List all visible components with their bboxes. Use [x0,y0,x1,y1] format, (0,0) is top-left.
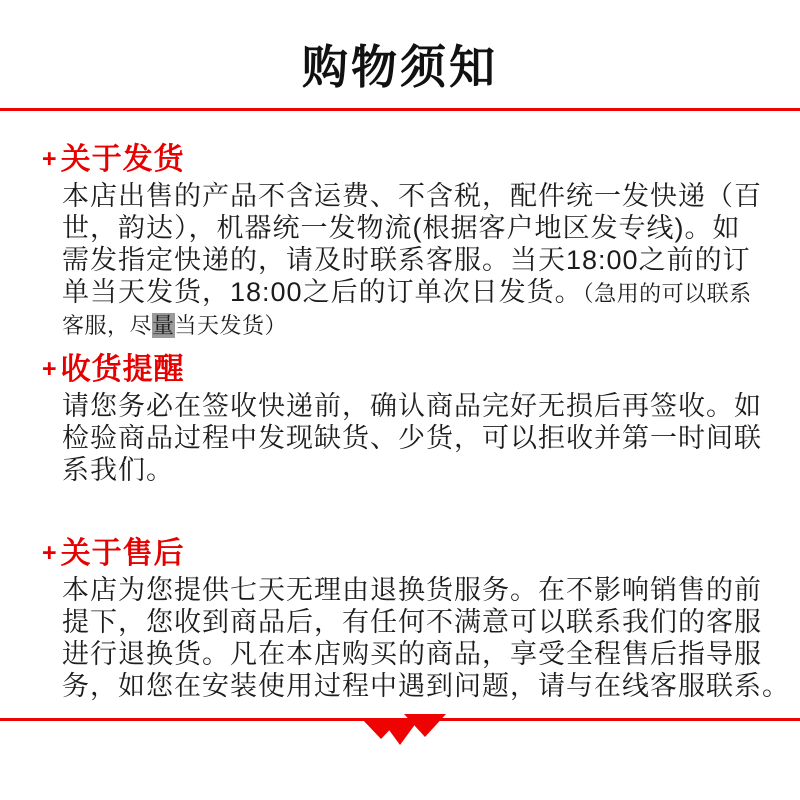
section-heading-receiving: +收货提醒 [42,353,185,386]
text-line: 务，如您在安装使用过程中遇到问题，请与在线客服联系。 [62,670,762,702]
text-line: 进行退换货。凡在本店购买的商品，享受全程售后指导服 [62,638,762,670]
text-segment: 单当天发货，18:00之后的订单次日发货。 [62,277,583,307]
section-heading-receiving-label: 收货提醒 [61,353,185,386]
text-note-segment: （急用的可以联系 [583,281,752,306]
text-segment: 当天发货） [175,313,288,338]
text-line: 本店出售的产品不含运费、不含税，配件统一发快递（百 [62,180,762,212]
text-line-note: 客服，尽量当天发货） [62,310,762,342]
section-body-receiving: 请您务必在签收快递前，确认商品完好无损后再签收。如 检验商品过程中发现缺货、少货… [62,390,762,486]
text-line: 系我们。 [62,454,762,486]
plus-icon: + [42,355,58,383]
shopping-notice-page: 购物须知 +关于发货 本店出售的产品不含运费、不含税，配件统一发快递（百 世，韵… [0,0,800,800]
section-heading-shipping: +关于发货 [42,143,185,176]
page-title: 购物须知 [0,42,800,92]
section-heading-shipping-label: 关于发货 [61,143,185,176]
text-line: 提下，您收到商品后，有任何不满意可以联系我们的客服 [62,606,762,638]
plus-icon: + [42,145,58,173]
text-line: 请您务必在签收快递前，确认商品完好无损后再签收。如 [62,390,762,422]
title-divider-line [0,108,800,111]
text-line: 世，韵达），机器统一发物流(根据客户地区发专线)。如 [62,212,762,244]
text-line: 需发指定快递的，请及时联系客服。当天18:00之前的订 [62,244,762,276]
text-line: 检验商品过程中发现缺货、少货，可以拒收并第一时间联 [62,422,762,454]
section-body-aftersales: 本店为您提供七天无理由退换货服务。在不影响销售的前 提下，您收到商品后，有任何不… [62,574,762,702]
section-body-shipping: 本店出售的产品不含运费、不含税，配件统一发快递（百 世，韵达），机器统一发物流(… [62,180,762,342]
text-line: 本店为您提供七天无理由退换货服务。在不影响销售的前 [62,574,762,606]
plus-icon: + [42,539,58,567]
watermark-char: 量 [152,313,175,338]
text-line: 单当天发货，18:00之后的订单次日发货。（急用的可以联系 [62,276,762,310]
footer-arrows-icon [358,705,448,750]
text-segment: 客服，尽 [62,313,152,338]
section-heading-aftersales: +关于售后 [42,537,185,570]
section-heading-aftersales-label: 关于售后 [61,537,185,570]
